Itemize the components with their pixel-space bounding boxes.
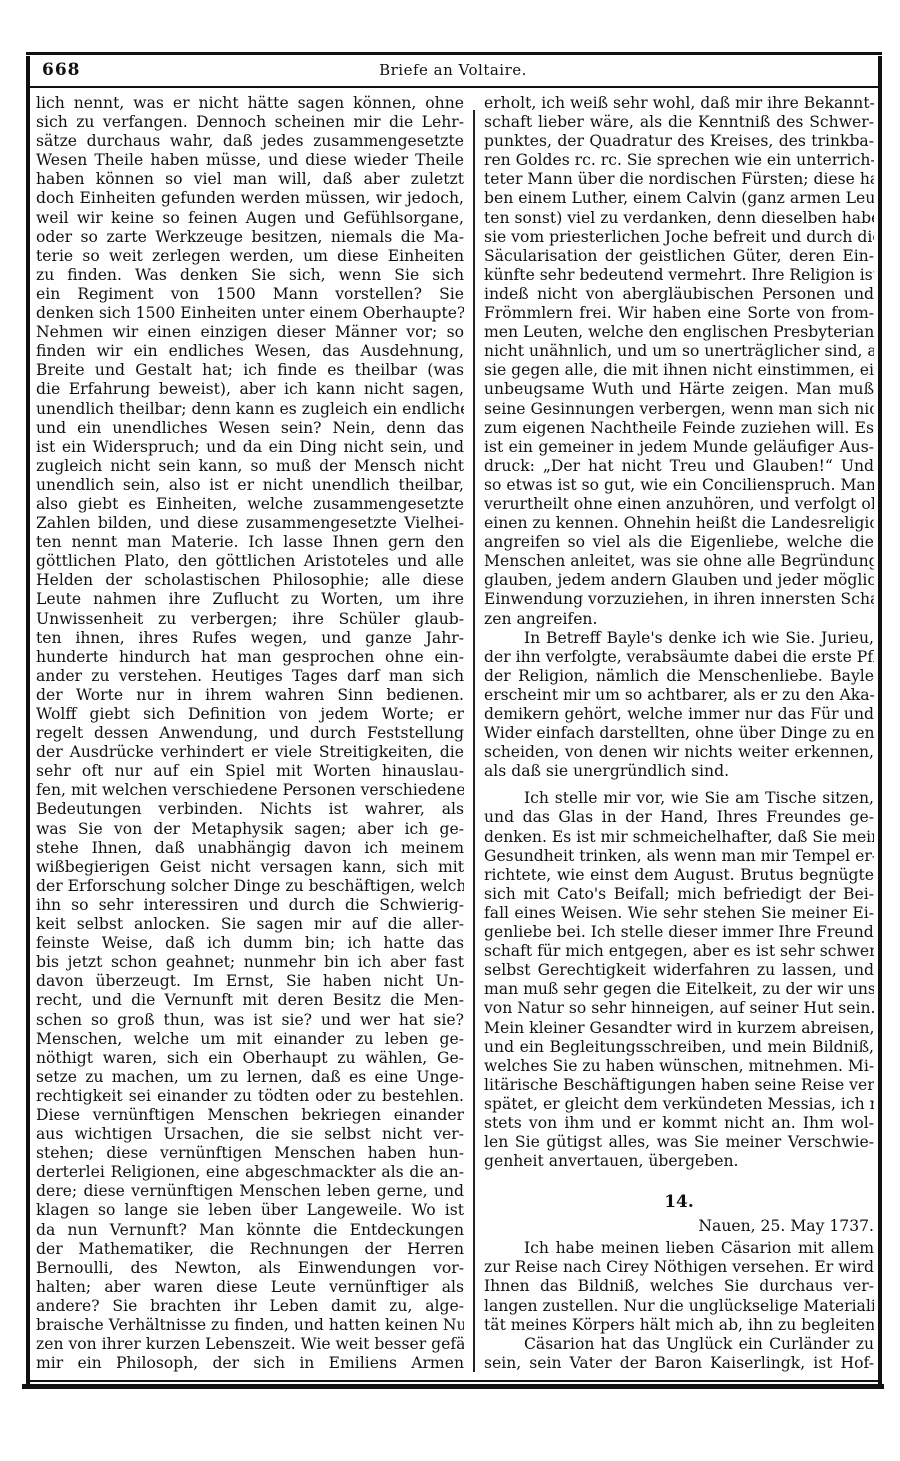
text-line: ist ein gemeiner in jedem Munde geläufig… — [484, 438, 874, 457]
text-line: haben können so viel man will, daß aber … — [36, 170, 464, 189]
text-line: so etwas ist so gut, wie ein Conciliensp… — [484, 476, 874, 495]
text-line: sätze durchaus wahr, daß jedes zusammeng… — [36, 132, 464, 151]
text-line: der Ausdrücke verhindert er viele Streit… — [36, 743, 464, 762]
paragraph-toast: Ich stelle mir vor, wie Sie am Tische si… — [484, 789, 874, 1171]
text-line: nöthigt waren, sich ein Oberhaupt zu wäh… — [36, 1049, 464, 1068]
paragraph-voltaire-reply-continued: erholt, ich weiß sehr wohl, daß mir ihre… — [484, 94, 874, 629]
text-line: Wesen Theile haben müsse, und diese wied… — [36, 151, 464, 170]
text-line: göttlichen Plato, den göttlichen Aristot… — [36, 552, 464, 571]
text-line: setze zu machen, um zu lernen, daß es ei… — [36, 1068, 464, 1087]
text-line: zen angreifen. — [484, 610, 874, 629]
text-line: richtete, wie einst dem August. Brutus b… — [484, 866, 874, 885]
text-line: zur Reise nach Cirey Nöthigen versehen. … — [484, 1258, 874, 1277]
text-line: weil wir keine so feinen Augen und Gefüh… — [36, 209, 464, 228]
text-line: schen so groß thun, was ist sie? und wer… — [36, 1011, 464, 1030]
header-rule — [30, 86, 878, 88]
text-line: len Sie gütigst alles, was Sie meiner Ve… — [484, 1133, 874, 1152]
text-line: ihn so sehr interessiren und durch die S… — [36, 896, 464, 915]
text-line: Breite und Gestalt hat; ich finde es the… — [36, 361, 464, 380]
text-line: unbeugsame Wuth und Härte zeigen. Man mu… — [484, 380, 874, 399]
text-line: glauben, jedem andern Glauben und jeder … — [484, 571, 874, 590]
text-line: demikern gehört, welche immer nur das Fü… — [484, 705, 874, 724]
text-line: sich zu verfangen. Dennoch scheinen mir … — [36, 113, 464, 132]
text-line: unendlich theilbar; denn kann es zugleic… — [36, 400, 464, 419]
text-line: selbst Gerechtigkeit widerfahren zu lass… — [484, 961, 874, 980]
page-header: 668 Briefe an Voltaire. — [38, 58, 868, 84]
text-line: Bedeutungen verbinden. Nichts ist wahrer… — [36, 800, 464, 819]
text-line: davon überzeugt. Im Ernst, Sie haben nic… — [36, 972, 464, 991]
text-line: Bernoulli, des Newton, als Einwendungen … — [36, 1259, 464, 1278]
text-line: schaft für mich entgegen, aber es ist se… — [484, 942, 874, 961]
text-line: man muß sehr gegen die Eitelkeit, zu der… — [484, 980, 874, 999]
letter-number: 14. — [484, 1193, 874, 1217]
text-line: zugleich nicht sein kann, so muß der Men… — [36, 457, 464, 476]
letter-dateline: Nauen, 25. May 1737. — [484, 1217, 874, 1239]
text-line: indeß nicht von abergläubischen Personen… — [484, 285, 874, 304]
text-line: dere; diese vernünftigen Menschen leben … — [36, 1182, 464, 1201]
text-line: die Erfahrung beweist), aber ich kann ni… — [36, 380, 464, 399]
text-line: fall eines Weisen. Wie sehr stehen Sie m… — [484, 904, 874, 923]
text-line: spätet, er gleicht dem verkündeten Messi… — [484, 1095, 874, 1114]
text-line: ren Goldes rc. rc. Sie sprechen wie ein … — [484, 151, 874, 170]
text-line: lich nennt, was er nicht hätte sagen kön… — [36, 94, 464, 113]
text-line: derterlei Religionen, eine abgeschmackte… — [36, 1163, 464, 1182]
text-line: der Mathematiker, die Rechnungen der Her… — [36, 1240, 464, 1259]
text-line: stets von ihm und er kommt nicht an. Ihm… — [484, 1114, 874, 1133]
text-line: zum eigenen Nachtheile Feinde zuziehen w… — [484, 419, 874, 438]
text-line: fen, mit welchen verschiedene Personen v… — [36, 781, 464, 800]
text-line: teter Mann über die nordischen Fürsten; … — [484, 170, 874, 189]
paragraph-caesarion-origin: Cäsarion hat das Unglück ein Curländer z… — [484, 1335, 874, 1373]
text-line: als daß sie unergründlich sind. — [484, 762, 874, 781]
text-line: Einwendung vorzuziehen, in ihren innerst… — [484, 590, 874, 609]
text-line: zu finden. Was denken Sie sich, wenn Sie… — [36, 266, 464, 285]
text-line: keit selbst anlocken. Sie sagen mir auf … — [36, 915, 464, 934]
text-line: unendlich sein, also ist er nicht unendl… — [36, 476, 464, 495]
text-line: also giebt es Einheiten, welche zusammen… — [36, 495, 464, 514]
text-line: Diese vernünftigen Menschen bekriegen ei… — [36, 1106, 464, 1125]
text-line: denken sich 1500 Einheiten unter einem O… — [36, 304, 464, 323]
text-line: mir ein Philosoph, der sich in Emiliens … — [36, 1354, 464, 1373]
text-line: klagen so lange sie leben über Langeweil… — [36, 1201, 464, 1220]
text-line: erholt, ich weiß sehr wohl, daß mir ihre… — [484, 94, 874, 113]
text-line: stehen; diese vernünftigen Menschen habe… — [36, 1144, 464, 1163]
text-line: was Sie von der Metaphysik sagen; aber i… — [36, 820, 464, 839]
text-line: punktes, der Quadratur des Kreises, des … — [484, 132, 874, 151]
text-line: ein Regiment von 1500 Mann vorstellen? S… — [36, 285, 464, 304]
paragraph-caesarion: Ich habe meinen lieben Cäsarion mit alle… — [484, 1239, 874, 1334]
text-line: rechtigkeit sei einander zu tödten oder … — [36, 1087, 464, 1106]
text-line: denken. Es ist mir schmeichelhafter, daß… — [484, 828, 874, 847]
text-line: hunderte hindurch hat man gesprochen ohn… — [36, 648, 464, 667]
text-line: Nehmen wir einen einzigen dieser Männer … — [36, 323, 464, 342]
column-divider — [473, 110, 475, 1372]
text-line: tät meines Körpers hält mich ab, ihn zu … — [484, 1316, 874, 1335]
text-line: sein, sein Vater der Baron Kaiserlingk, … — [484, 1354, 874, 1373]
text-line: Mein kleiner Gesandter wird in kurzem ab… — [484, 1019, 874, 1038]
text-line: Unwissenheit zu verbergen; ihre Schüler … — [36, 610, 464, 629]
bottom-rule-thick — [22, 1384, 884, 1389]
text-line: schaft lieber wäre, als die Kenntniß des… — [484, 113, 874, 132]
text-line: braische Verhältnisse zu finden, und hat… — [36, 1316, 464, 1335]
left-column: lich nennt, was er nicht hätte sagen kön… — [36, 94, 464, 1373]
text-line: seine Gesinnungen verbergen, wenn man si… — [484, 400, 874, 419]
text-line: sie vom priesterlichen Joche befreit und… — [484, 228, 874, 247]
text-line: und ein unendliches Wesen sein? Nein, de… — [36, 419, 464, 438]
text-line: sich mit Cato's Beifall; mich befriedigt… — [484, 885, 874, 904]
text-line: Helden der scholastischen Philosophie; a… — [36, 571, 464, 590]
text-line: erscheint mir um so achtbarer, als er zu… — [484, 686, 874, 705]
text-line: ben einem Luther, einem Calvin (ganz arm… — [484, 189, 874, 208]
text-line: feinste Weise, daß ich dumm bin; ich hat… — [36, 934, 464, 953]
text-line: nicht unähnlich, und um so unerträgliche… — [484, 342, 874, 361]
text-line: da nun Vernunft? Man könnte die Entdecku… — [36, 1221, 464, 1240]
text-line: Wider einfach darstellten, ohne über Din… — [484, 724, 874, 743]
text-line: der Religion, nämlich die Menschenliebe.… — [484, 667, 874, 686]
text-line: der Erforschung solcher Dinge zu beschäf… — [36, 877, 464, 896]
text-line: der ihn verfolgte, verabsäumte dabei die… — [484, 648, 874, 667]
text-line: Menschen, welche um mit einander zu lebe… — [36, 1030, 464, 1049]
text-line: andere? Sie brachten ihr Leben damit zu,… — [36, 1297, 464, 1316]
text-line: sehr oft nur auf ein Spiel mit Worten hi… — [36, 762, 464, 781]
text-line: sie gegen alle, die mit ihnen nicht eins… — [484, 361, 874, 380]
text-line: zen von ihrer kurzen Lebenszeit. Wie wei… — [36, 1335, 464, 1354]
text-line: recht, und die Vernunft mit deren Besitz… — [36, 991, 464, 1010]
text-line: scheiden, von denen wir nichts weiter er… — [484, 743, 874, 762]
top-border-rule — [26, 52, 882, 55]
text-line: welches Sie zu haben wünschen, mitnehmen… — [484, 1057, 874, 1076]
right-column: erholt, ich weiß sehr wohl, daß mir ihre… — [484, 94, 874, 1373]
text-line: langen zustellen. Nur die unglückselige … — [484, 1297, 874, 1316]
text-line: doch Einheiten gefunden werden müssen, w… — [36, 189, 464, 208]
text-line: Leute nahmen ihre Zuflucht zu Worten, um… — [36, 590, 464, 609]
text-line: ander zu verstehen. Heutiges Tages darf … — [36, 667, 464, 686]
text-line: Gesundheit trinken, als wenn man mir Tem… — [484, 847, 874, 866]
text-line: bis jetzt schon geahnet; nunmehr bin ich… — [36, 953, 464, 972]
text-line: von Natur so sehr hinneigen, auf seiner … — [484, 999, 874, 1018]
text-line: Säcularisation der geistlichen Güter, de… — [484, 247, 874, 266]
text-line: Cäsarion hat das Unglück ein Curländer z… — [484, 1335, 874, 1354]
text-line: verurtheilt ohne einen anzuhören, und ve… — [484, 495, 874, 514]
text-line: Ich habe meinen lieben Cäsarion mit alle… — [484, 1239, 874, 1258]
text-line: oder so zarte Werkzeuge besitzen, niemal… — [36, 228, 464, 247]
bottom-rule-thin — [26, 1380, 882, 1382]
text-line: aus wichtigen Ursachen, die sie selbst n… — [36, 1125, 464, 1144]
text-line: stehe Ihnen, daß unabhängig davon ich me… — [36, 839, 464, 858]
text-line: und ein Begleitungsschreiben, und mein B… — [484, 1038, 874, 1057]
text-line: wißbegierigen Geist nicht versagen kann,… — [36, 858, 464, 877]
text-line: Ich stelle mir vor, wie Sie am Tische si… — [484, 789, 874, 808]
text-line: Frömmlern frei. Wir haben eine Sorte von… — [484, 304, 874, 323]
text-line: angreifen so viel als die Eigenliebe, we… — [484, 533, 874, 552]
text-line: genliebe bei. Ich stelle dieser immer Ih… — [484, 923, 874, 942]
text-line: terie so weit zerlegen werden, um diese … — [36, 247, 464, 266]
text-line: genheit anvertauen, übergeben. — [484, 1152, 874, 1171]
text-line: künfte sehr bedeutend vermehrt. Ihre Rel… — [484, 266, 874, 285]
text-line: regelt dessen Anwendung, und durch Fests… — [36, 724, 464, 743]
text-line: Wolff giebt sich Definition von jedem Wo… — [36, 705, 464, 724]
text-line: In Betreff Bayle's denke ich wie Sie. Ju… — [484, 629, 874, 648]
text-line: litärische Beschäftigungen haben seine R… — [484, 1076, 874, 1095]
running-title: Briefe an Voltaire. — [38, 61, 868, 79]
text-line: ten nennt man Materie. Ich lasse Ihnen g… — [36, 533, 464, 552]
text-line: einen zu kennen. Ohnehin heißt die Lande… — [484, 514, 874, 533]
paragraph-bayle: In Betreff Bayle's denke ich wie Sie. Ju… — [484, 629, 874, 782]
text-line: der Worte nur in ihrem wahren Sinn bedie… — [36, 686, 464, 705]
text-line: Ihnen das Bildniß, welches Sie durchaus … — [484, 1277, 874, 1296]
text-line: druck: „Der hat nicht Treu und Glauben!“… — [484, 457, 874, 476]
paragraph-gap — [484, 781, 874, 789]
text-line: ten sonst) viel zu verdanken, denn diese… — [484, 209, 874, 228]
text-line: men Leuten, welche den englischen Presby… — [484, 323, 874, 342]
text-line: finden wir ein endliches Wesen, das Ausd… — [36, 342, 464, 361]
text-line: halten; aber waren diese Leute vernünfti… — [36, 1278, 464, 1297]
text-line: und das Glas in der Hand, Ihres Freundes… — [484, 808, 874, 827]
text-line: ist ein Widerspruch; und da ein Ding nic… — [36, 438, 464, 457]
text-line: Zahlen bilden, und diese zusammengesetzt… — [36, 514, 464, 533]
text-line: Menschen anleitet, was sie ohne alle Beg… — [484, 552, 874, 571]
text-line: ten ihnen, ihres Rufes wegen, und ganze … — [36, 629, 464, 648]
